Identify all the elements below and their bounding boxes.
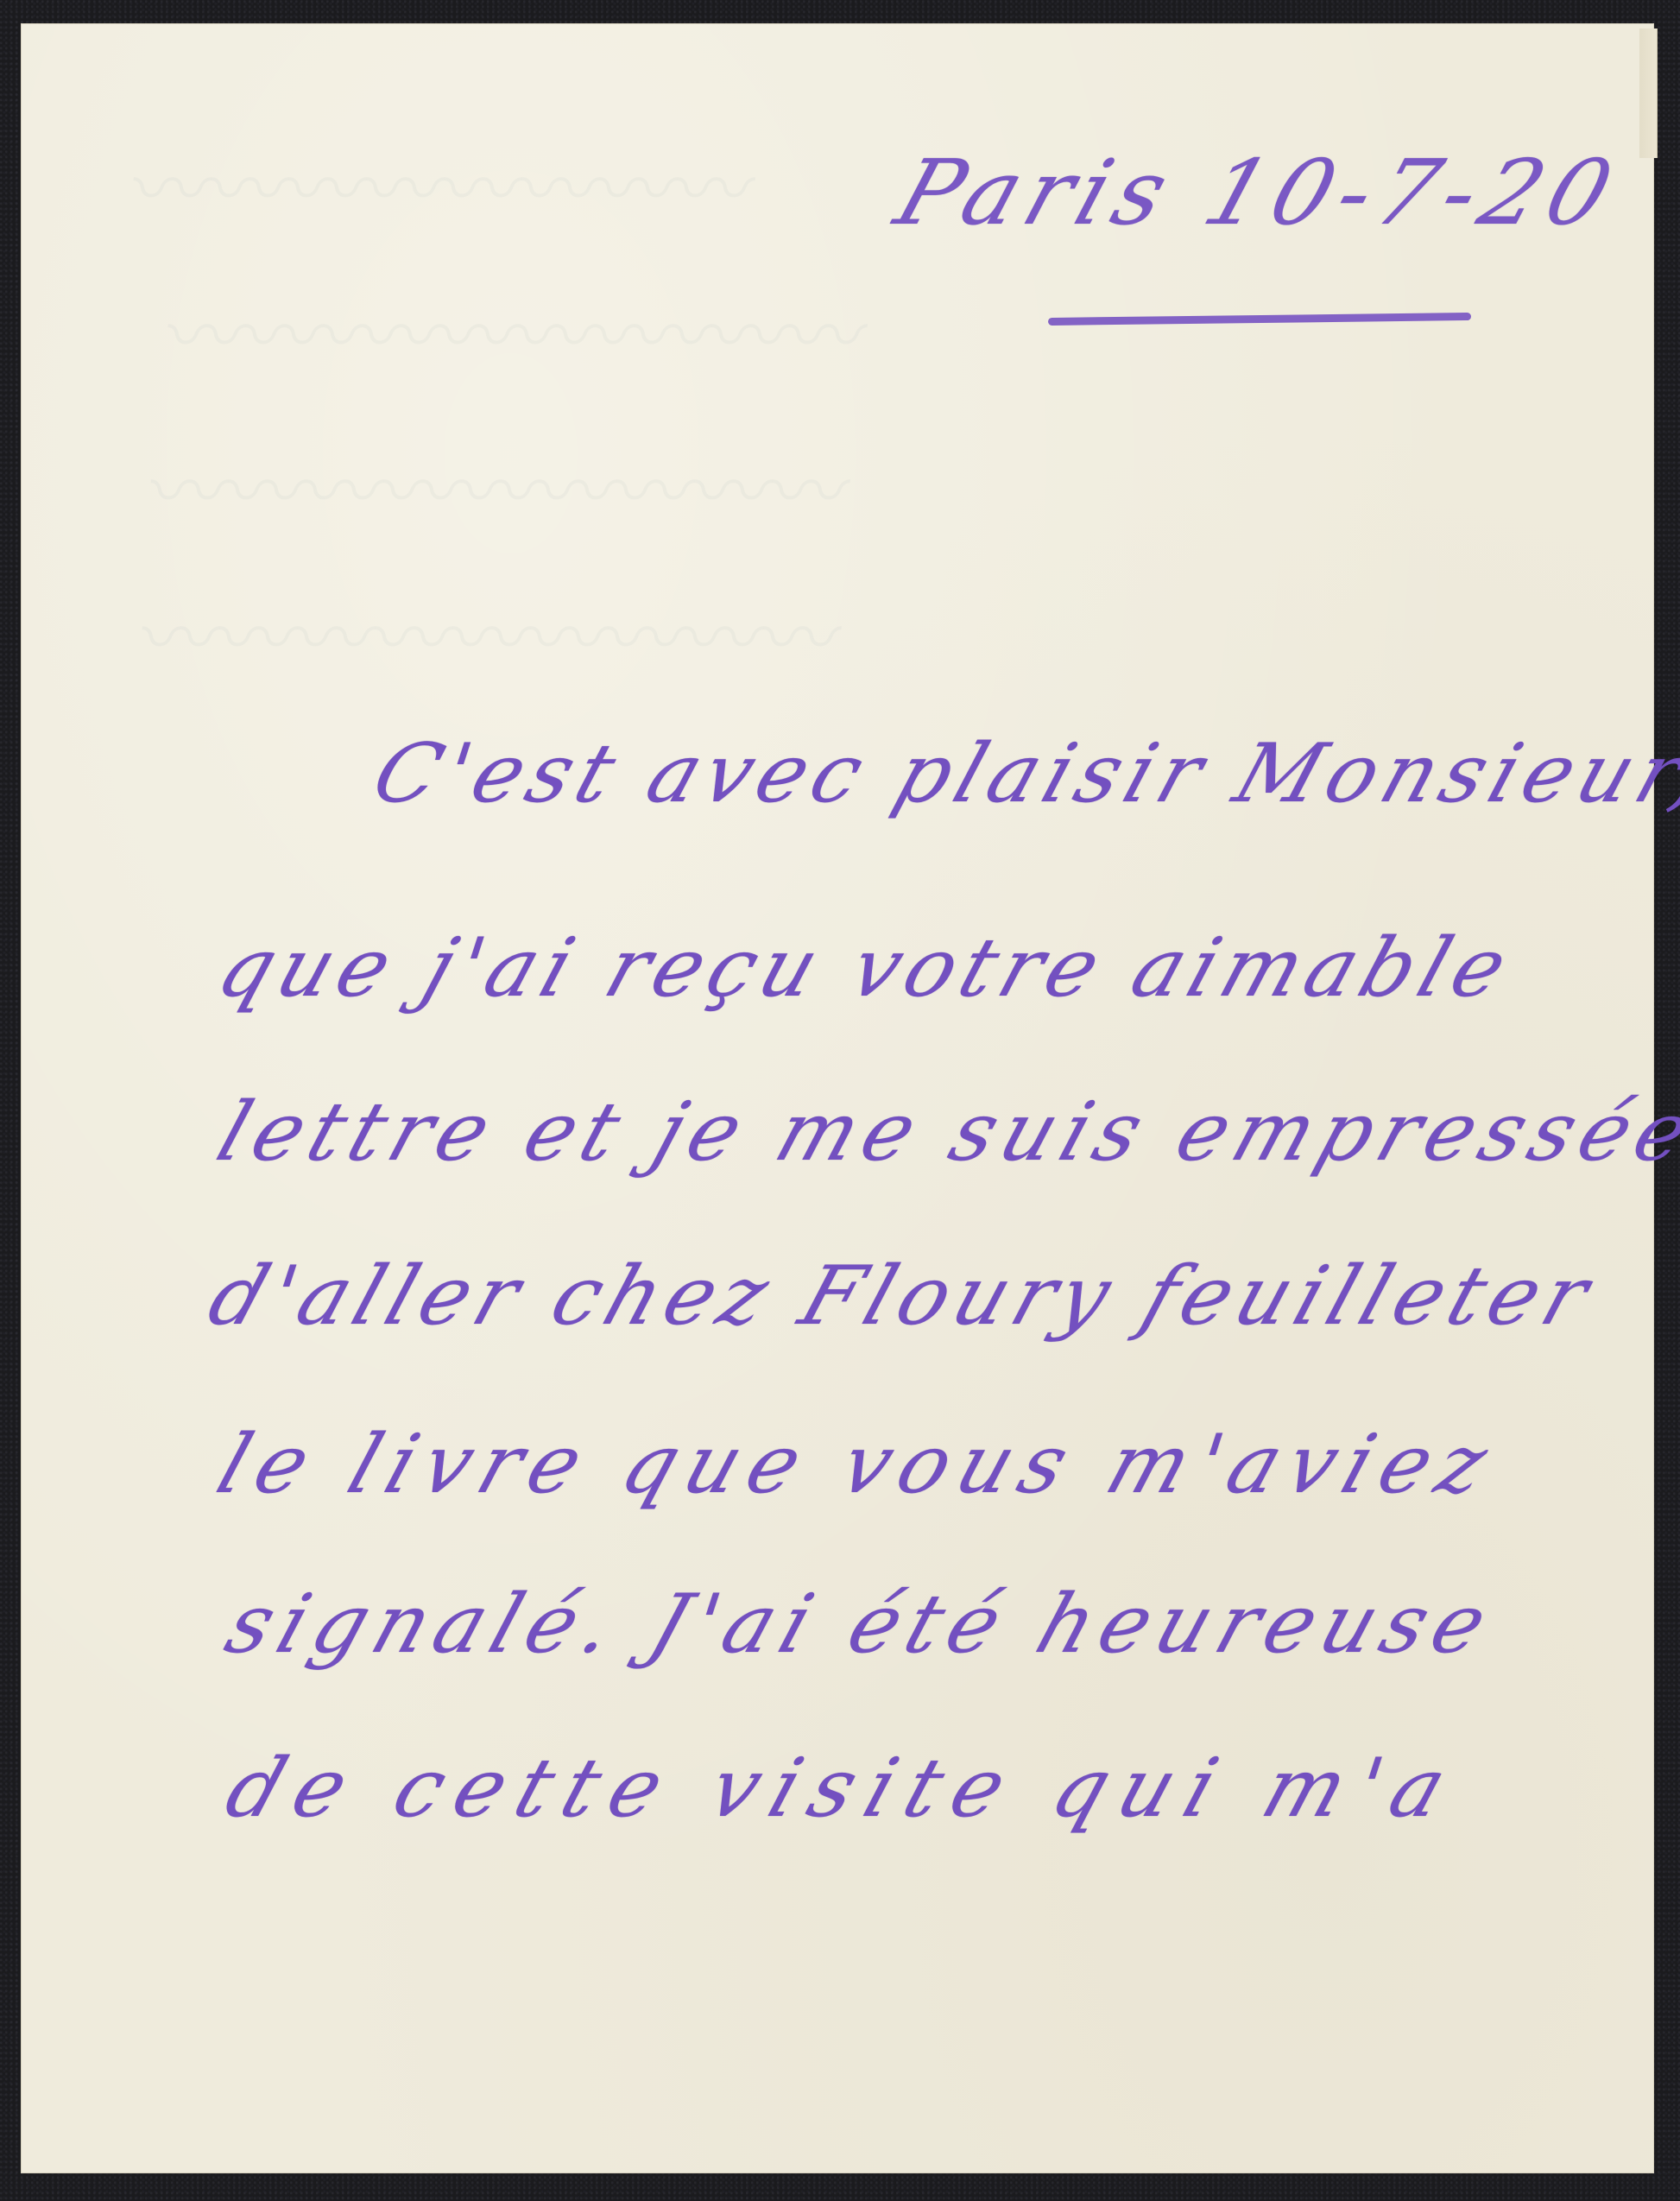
place-date-heading: Paris 10-7-20 [884,140,1633,245]
letter-line-4: d'aller chez Floury feuilleter [198,1249,1607,1344]
letter-line-3: lettre et je me suis empressée [206,1085,1680,1180]
bleed-through-mark: 〰〰〰〰〰〰〰〰〰 [155,274,895,386]
letter-line-2: que j'ai reçu votre aimable [206,921,1525,1015]
letter-line-1: C'est avec plaisir Monsieur, [362,727,1680,821]
letter-line-5: le livre que vous m'aviez [206,1418,1509,1512]
bleed-through-mark: 〰〰〰〰〰〰〰〰〰 [138,429,878,541]
letter-line-7: de cette visite qui m'a [215,1742,1471,1836]
letter-line-6: signalé. J'ai été heureuse [215,1578,1506,1672]
bleed-through-mark: 〰〰〰〰〰〰〰〰〰 [129,576,869,688]
date-underline [1048,313,1471,326]
letter-page: 〰〰〰〰〰〰〰〰 〰〰〰〰〰〰〰〰〰 〰〰〰〰〰〰〰〰〰 〰〰〰〰〰〰〰〰〰 P… [21,23,1654,2173]
torn-paper-edge [1639,28,1658,158]
bleed-through-mark: 〰〰〰〰〰〰〰〰 [121,127,783,239]
